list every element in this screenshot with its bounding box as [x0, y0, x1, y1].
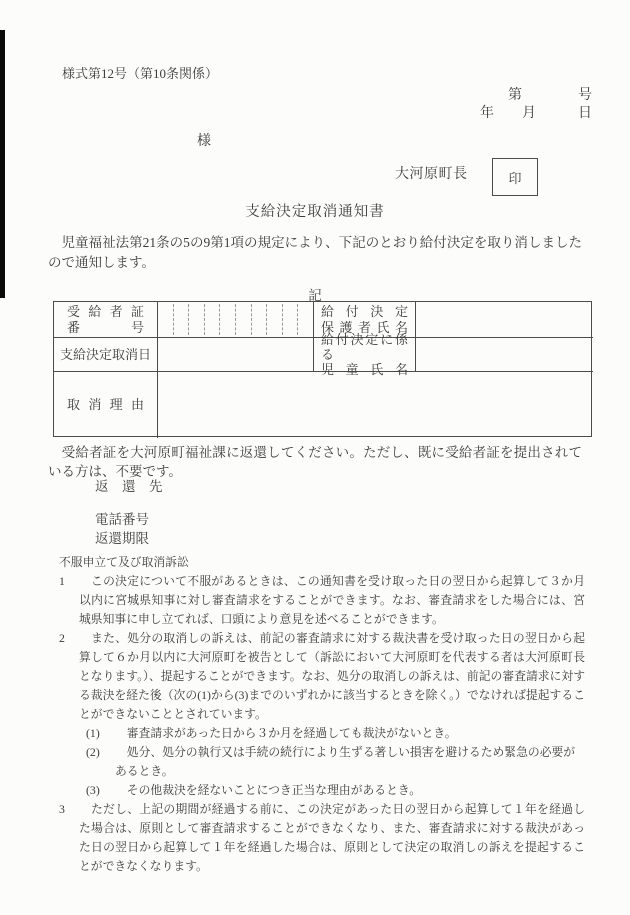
seal-box: 印 [492, 158, 538, 196]
child-label-line1: 給付決定に係る [321, 332, 408, 362]
reason-value-cell [158, 372, 593, 438]
appeal-heading: 不服申立て及び取消訴訟 [59, 553, 585, 572]
digit-cell [174, 304, 190, 335]
digit-cell [283, 304, 299, 335]
appeal-subitem-number: (1) [86, 724, 115, 743]
appeal-item-3: 3 ただし、上記の期間が経過する前に、この決定があった日の翌日から起算して１年を… [59, 800, 585, 876]
digit-cell [298, 304, 313, 335]
seal-placeholder: 印 [508, 168, 521, 187]
appeal-item-2: 2 また、処分の取消しの訴えは、前記の審査請求に対する裁決書を受け取った日の翌日… [59, 629, 585, 724]
phone-number-label: 電話番号 [95, 508, 149, 528]
appeal-item-number: 2 [59, 629, 79, 724]
appeal-subitem-1: (1) 審査請求があった日から３か月を経過しても裁決がないとき。 [86, 724, 585, 743]
digit-cell [205, 304, 221, 335]
appeal-subitem-text: その他裁決を経ないことにつき正当な理由があるとき。 [115, 781, 585, 800]
cancel-date-label: 支給決定取消日 [60, 347, 157, 363]
appeal-subitem-text: 審査請求があった日から３か月を経過しても裁決がないとき。 [115, 724, 585, 743]
digit-cell [267, 304, 283, 335]
cert-number-label-line2: 番号 [67, 320, 144, 336]
appeal-item-number: 3 [59, 800, 79, 876]
appeal-subitem-number: (3) [86, 781, 115, 800]
appeal-subitem-number: (2) [86, 743, 115, 781]
appeal-item-text: また、処分の取消しの訴えは、前記の審査請求に対する裁決書を受け取った日の翌日から… [79, 629, 585, 724]
digit-cell [220, 304, 236, 335]
form-number: 様式第12号（第10条関係） [62, 63, 218, 82]
details-table: 受給者証 番号 給付決定 保護者氏名 支給決定取消日 給付決定に係る 児童氏名 … [53, 301, 592, 437]
digit-cell [158, 304, 174, 335]
return-deadline-label: 返還期限 [95, 527, 149, 547]
reason-label: 取消理由 [67, 397, 144, 413]
document-number-line: 第 号 [508, 84, 592, 104]
guardian-value-cell [416, 302, 593, 338]
document-page: 様式第12号（第10条関係） 第 号 年 月 日 様 大河原町長 印 支給決定取… [0, 0, 630, 915]
child-value-cell [416, 338, 593, 372]
scan-artifact-bar [0, 30, 5, 298]
child-label-cell: 給付決定に係る 児童氏名 [314, 338, 416, 372]
cancel-date-value-cell [158, 338, 314, 372]
addressee-suffix: 様 [197, 130, 211, 150]
appeal-subitem-text: 処分、処分の執行又は手続の続行により生ずる著しい損害を避けるため緊急の必要がある… [115, 743, 585, 781]
sender-name: 大河原町長 [395, 163, 468, 183]
cancel-date-label-cell: 支給決定取消日 [54, 338, 158, 372]
digit-cell [236, 304, 252, 335]
appeal-subitem-3: (3) その他裁決を経ないことにつき正当な理由があるとき。 [86, 781, 585, 800]
appeal-item-text: この決定について不服があるときは、この通知書を受け取った日の翌日から起算して３か… [79, 572, 585, 629]
digit-cell [252, 304, 268, 335]
cert-number-label-cell: 受給者証 番号 [54, 302, 158, 338]
appeal-item-number: 1 [59, 572, 79, 629]
document-title: 支給決定取消通知書 [0, 200, 630, 221]
appeal-subitem-2: (2) 処分、処分の執行又は手続の続行により生ずる著しい損害を避けるため緊急の必… [86, 743, 585, 781]
digit-cell [189, 304, 205, 335]
reason-label-cell: 取消理由 [54, 372, 158, 438]
appeal-item-text: ただし、上記の期間が経過する前に、この決定があった日の翌日から起算して１年を経過… [79, 800, 585, 876]
guardian-label-line1: 給付決定 [321, 304, 408, 320]
appeal-section: 不服申立て及び取消訴訟 1 この決定について不服があるときは、この通知書を受け取… [48, 553, 585, 876]
date-line: 年 月 日 [480, 102, 592, 122]
body-paragraph: 児童福祉法第21条の5の9第1項の規定により、下記のとおり給付決定を取り消しまし… [48, 233, 582, 272]
appeal-item-1: 1 この決定について不服があるときは、この通知書を受け取った日の翌日から起算して… [59, 572, 585, 629]
return-destination-label: 返 還 先 [95, 475, 163, 495]
cert-number-digit-cells [158, 302, 314, 338]
cert-number-label-line1: 受給者証 [67, 304, 144, 320]
